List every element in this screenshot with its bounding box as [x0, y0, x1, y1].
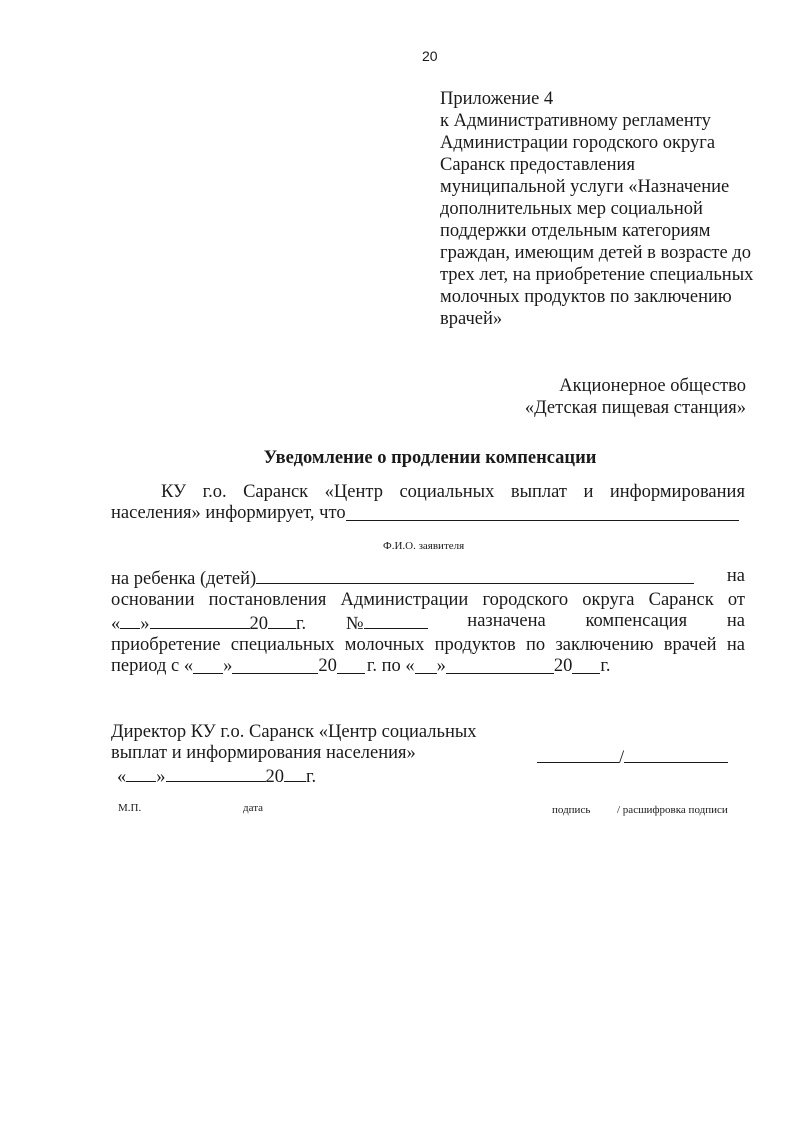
decree-day-field[interactable]	[120, 611, 140, 629]
appendix-line: Саранск предоставления	[440, 154, 760, 176]
word: заключению	[555, 635, 653, 656]
word: КУ	[161, 482, 186, 503]
sign-day-field[interactable]	[126, 764, 156, 782]
appendix-line: трех лет, на приобретение специальных	[440, 264, 760, 286]
word: основании	[111, 590, 194, 611]
word: на	[727, 566, 745, 590]
director-block: Директор КУ г.о. Саранск «Центр социальн…	[111, 722, 511, 788]
word: продуктов	[435, 635, 516, 656]
director-line-2: выплат и информирования населения»	[111, 743, 511, 764]
word: «Центр	[325, 482, 383, 503]
word: врачей	[664, 635, 717, 656]
para-line-2: основаниипостановленияАдминистрациигород…	[111, 590, 745, 611]
word: приобретение	[111, 635, 220, 656]
period-from-month-field[interactable]	[232, 656, 318, 674]
word: и	[583, 482, 593, 503]
word: округа	[582, 590, 634, 611]
period-from-year-field[interactable]	[337, 656, 365, 674]
para-line-1: на ребенка (детей) на	[111, 566, 745, 590]
year-prefix: 20	[266, 767, 285, 787]
director-line-1: Директор КУ г.о. Саранск «Центр социальн…	[111, 722, 511, 743]
year-suffix: г.	[600, 656, 610, 677]
child-name-field[interactable]	[256, 566, 694, 584]
signature-field[interactable]	[537, 745, 619, 763]
sign-year-field[interactable]	[284, 764, 306, 782]
recipient-line-1: Акционерное общество	[525, 375, 746, 397]
date-caption: дата	[243, 802, 263, 814]
period-from-day-field[interactable]	[193, 656, 223, 674]
word: Саранск	[243, 482, 308, 503]
period-to-year-field[interactable]	[572, 656, 600, 674]
para-line-4: приобретениеспециальныхмолочныхпродуктов…	[111, 635, 745, 656]
word: по	[526, 635, 545, 656]
applicant-name-field[interactable]	[346, 503, 739, 521]
period-to-day-field[interactable]	[415, 656, 437, 674]
decree-year-field[interactable]	[268, 611, 296, 629]
intro-paragraph: КУг.о.Саранск«Центрсоциальныхвыплатиинфо…	[111, 482, 745, 524]
signature-line: /	[537, 745, 737, 769]
period-to-month-field[interactable]	[446, 656, 554, 674]
decree-number-field[interactable]	[364, 611, 428, 629]
signature-decode-caption: / расшифровка подписи	[617, 804, 728, 816]
year-prefix: 20	[318, 656, 337, 677]
appendix-line: Приложение 4	[440, 88, 760, 110]
signature-caption: подпись	[552, 804, 590, 816]
appendix-line: молочных продуктов по заключению	[440, 286, 760, 308]
word: социальных	[399, 482, 494, 503]
period-to-label: г. по «	[367, 656, 415, 677]
word: специальных	[231, 635, 335, 656]
para-line-5: период с «»20г. по «»20г.	[111, 656, 745, 677]
appendix-line: врачей»	[440, 308, 760, 330]
sign-month-field[interactable]	[166, 764, 266, 782]
number-sign: №	[346, 614, 364, 634]
quote-open: «	[111, 614, 120, 634]
word: на	[727, 611, 745, 635]
appendix-line: граждан, имеющим детей в возрасте до	[440, 242, 760, 264]
intro-line-2: населения» информирует, что	[111, 503, 745, 524]
appendix-line: к Административному регламенту	[440, 110, 760, 132]
word: постановления	[209, 590, 327, 611]
quote-close: »	[437, 656, 446, 677]
page-number: 20	[422, 48, 438, 64]
appendix-line: дополнительных мер социальной	[440, 198, 760, 220]
decree-month-field[interactable]	[150, 611, 250, 629]
word: Саранск	[649, 590, 714, 611]
quote-close: »	[140, 614, 149, 634]
appendix-header: Приложение 4к Административному регламен…	[440, 88, 760, 330]
recipient-block: Акционерное общество «Детская пищевая ст…	[525, 375, 746, 419]
appendix-line: поддержки отдельным категориям	[440, 220, 760, 242]
appendix-line: Администрации городского округа	[440, 132, 760, 154]
intro-line-1: КУг.о.Саранск«Центрсоциальныхвыплатиинфо…	[111, 482, 745, 503]
quote-close: »	[156, 767, 165, 787]
sign-date-line: «»20г.	[111, 764, 511, 788]
word: выплат	[511, 482, 567, 503]
word: г.о.	[203, 482, 227, 503]
year-suffix: г.	[306, 767, 316, 787]
year-prefix: 20	[554, 656, 573, 677]
stamp-caption: М.П.	[118, 802, 141, 814]
compensation-paragraph: на ребенка (детей) на основаниипостановл…	[111, 566, 745, 677]
intro-line-2-text: населения» информирует, что	[111, 503, 346, 524]
appendix-line: муниципальной услуги «Назначение	[440, 176, 760, 198]
para-line-3: «»20г. № назначена компенсация на	[111, 611, 745, 635]
quote-open: «	[117, 767, 126, 787]
recipient-line-2: «Детская пищевая станция»	[525, 397, 746, 419]
word: информирования	[610, 482, 745, 503]
signature-decode-field[interactable]	[624, 745, 728, 763]
year-suffix: г.	[296, 614, 306, 634]
word: назначена	[467, 611, 545, 635]
word: городского	[482, 590, 568, 611]
word: на	[727, 635, 745, 656]
word: Администрации	[340, 590, 468, 611]
document-title: Уведомление о продлении компенсации	[0, 448, 800, 469]
word: молочных	[345, 635, 425, 656]
word: компенсация	[585, 611, 687, 635]
child-label: на ребенка (детей)	[111, 569, 256, 589]
year-prefix: 20	[250, 614, 269, 634]
period-from-label: период с «	[111, 656, 193, 677]
fio-caption: Ф.И.О. заявителя	[383, 540, 464, 552]
word: от	[728, 590, 745, 611]
quote-close: »	[223, 656, 232, 677]
